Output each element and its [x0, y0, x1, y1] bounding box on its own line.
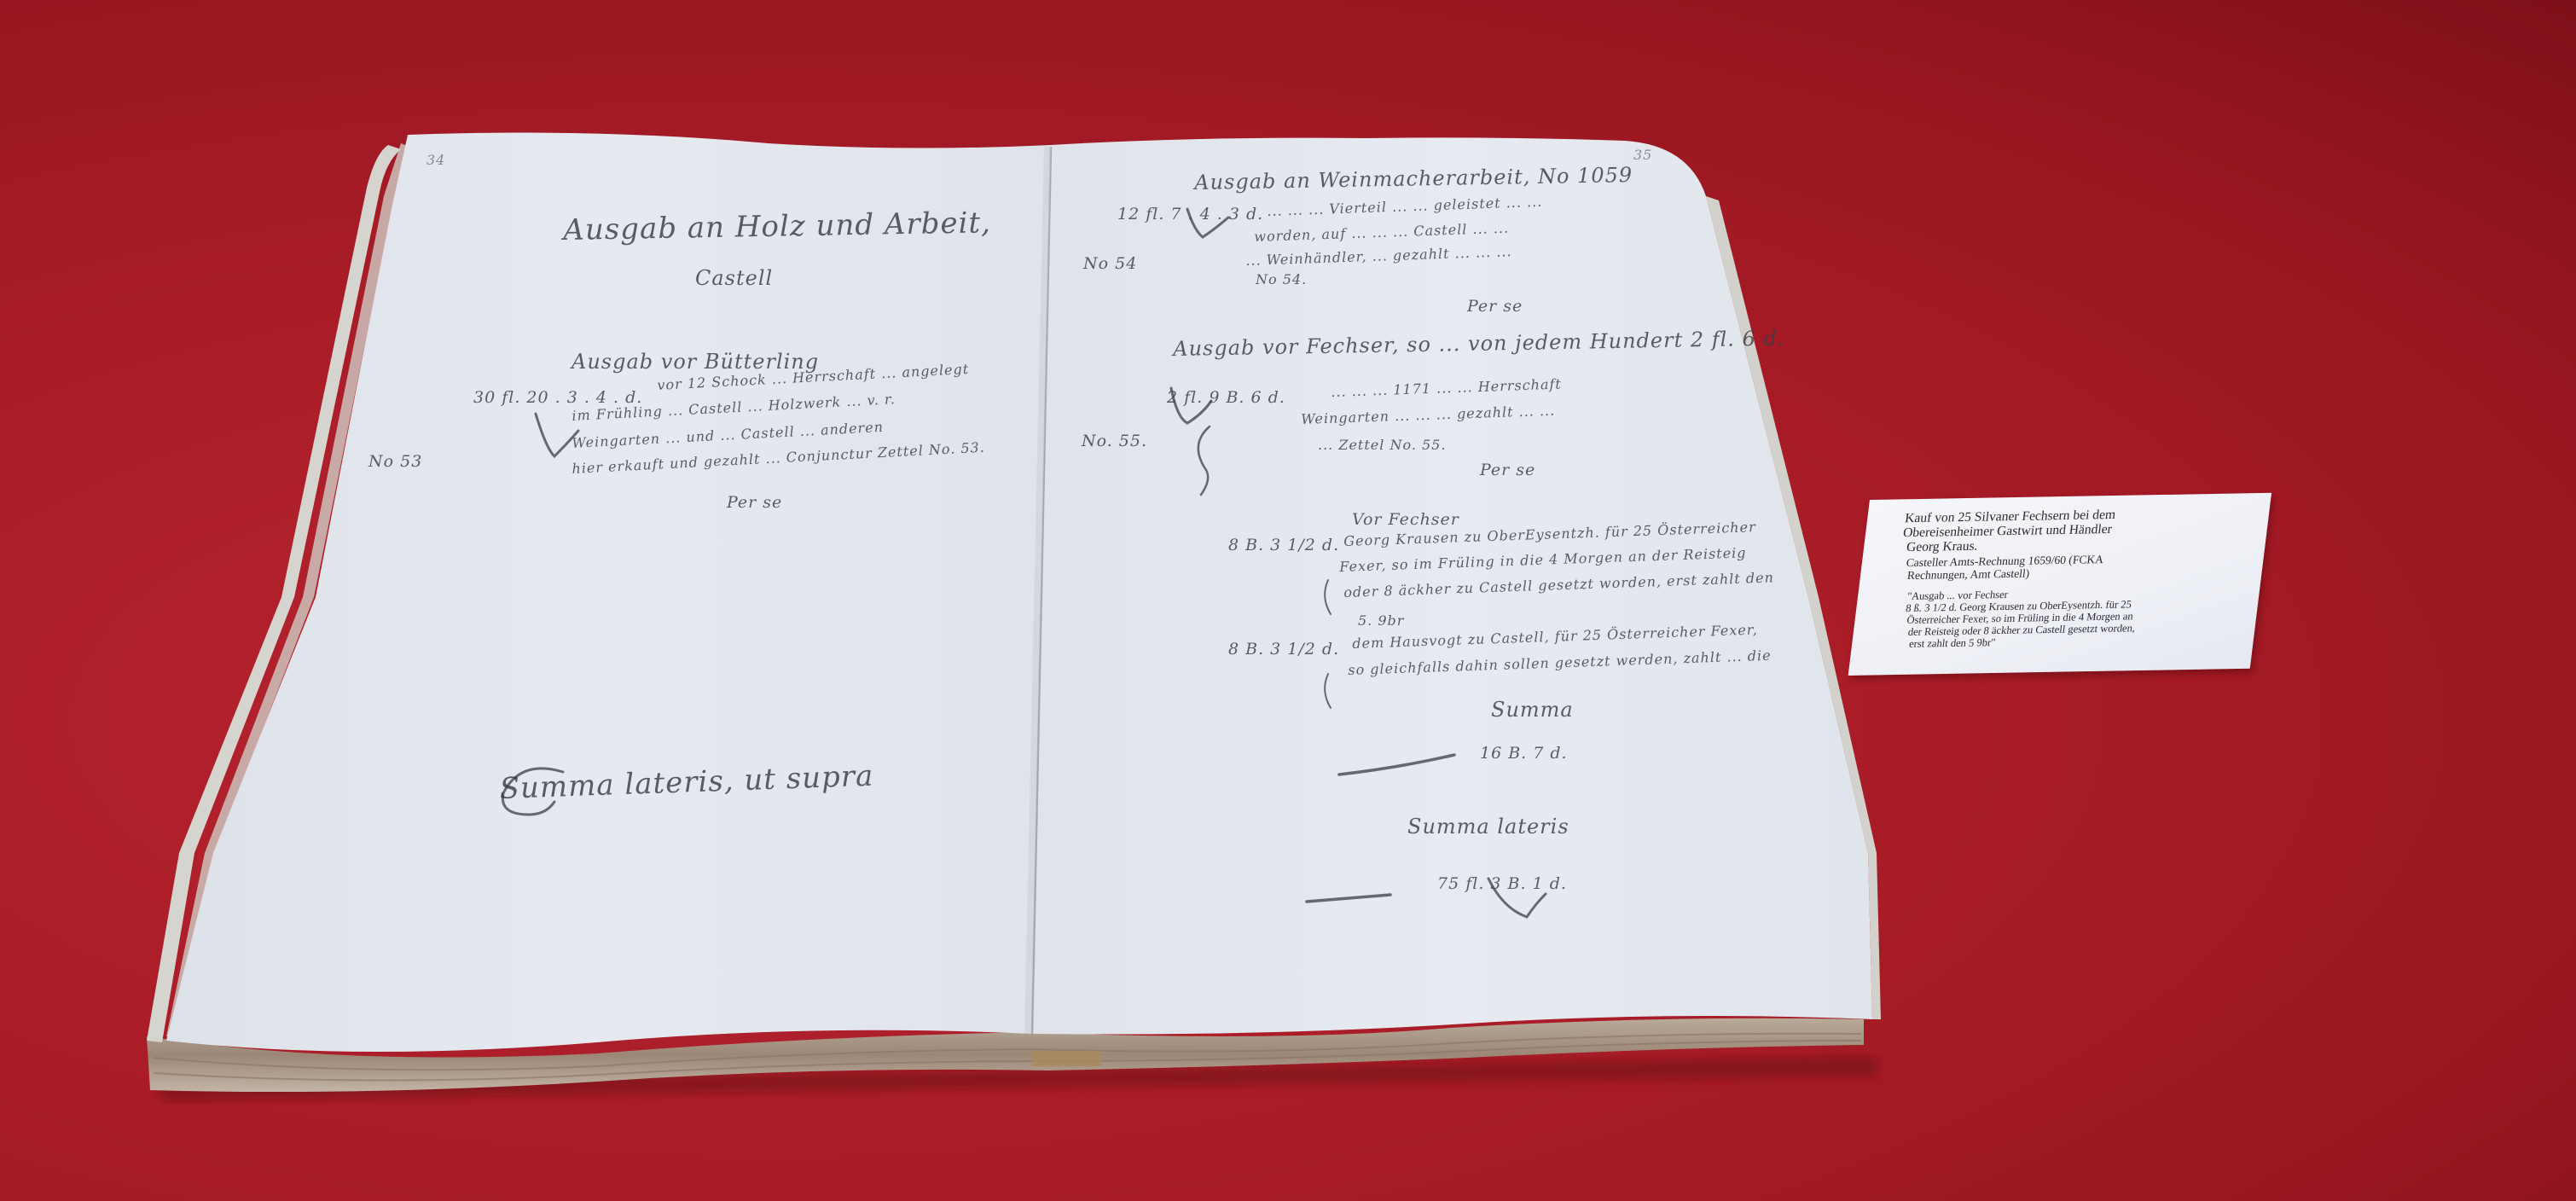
- left-entry-amount: 30 fl. 20 . 3 . 4 . d.: [473, 388, 642, 407]
- right-entry3-amount: 8 B. 3 1/2 d.: [1228, 536, 1339, 554]
- right-entry2-line: ... Zettel No. 55.: [1318, 437, 1446, 453]
- label-title: Kauf von 25 Silvaner Fechsern bei dem Ob…: [1900, 505, 2254, 554]
- right-summa-value: 16 B. 7 d.: [1480, 744, 1568, 763]
- right-summa-label: Summa: [1491, 698, 1574, 722]
- museum-display: 34 Ausgab an Holz und Arbeit, Castell Au…: [0, 0, 2576, 1201]
- left-margin-number: No 53: [368, 452, 422, 471]
- right-page-number: 35: [1633, 147, 1652, 163]
- right-entry4-amount: 8 B. 3 1/2 d.: [1228, 640, 1339, 659]
- left-per-se: Per se: [727, 493, 782, 512]
- left-page-number: 34: [426, 152, 445, 168]
- right-per-se-1: Per se: [1467, 297, 1523, 316]
- right-entry1-amount: 12 fl. 7 . 4 . 3 d.: [1117, 205, 1263, 223]
- right-entry3-line: 5. 9br: [1358, 612, 1404, 629]
- museum-label-card: Kauf von 25 Silvaner Fechsern bei dem Ob…: [1848, 493, 2271, 676]
- label-quote: "Ausgab ... vor Fechser 8 ß. 3 1/2 d. Ge…: [1888, 584, 2245, 650]
- right-margin-number-1: No 54: [1083, 254, 1137, 273]
- right-summa-lateris-label: Summa lateris: [1407, 815, 1569, 838]
- right-margin-number-2: No. 55.: [1082, 432, 1147, 450]
- right-per-se-2: Per se: [1480, 461, 1535, 479]
- left-page: [166, 133, 1051, 1052]
- label-source: Casteller Amts-Rechnung 1659/60 (FCKA Re…: [1897, 550, 2249, 582]
- right-section3-title: Vor Fechser: [1352, 510, 1459, 529]
- right-entry2-amount: 2 fl. 9 B. 6 d.: [1167, 388, 1285, 407]
- left-page-subheading: Castell: [695, 266, 773, 290]
- right-summa-lateris-value: 75 fl. 3 B. 1 d.: [1437, 874, 1567, 893]
- right-entry1-line: No 54.: [1256, 271, 1307, 287]
